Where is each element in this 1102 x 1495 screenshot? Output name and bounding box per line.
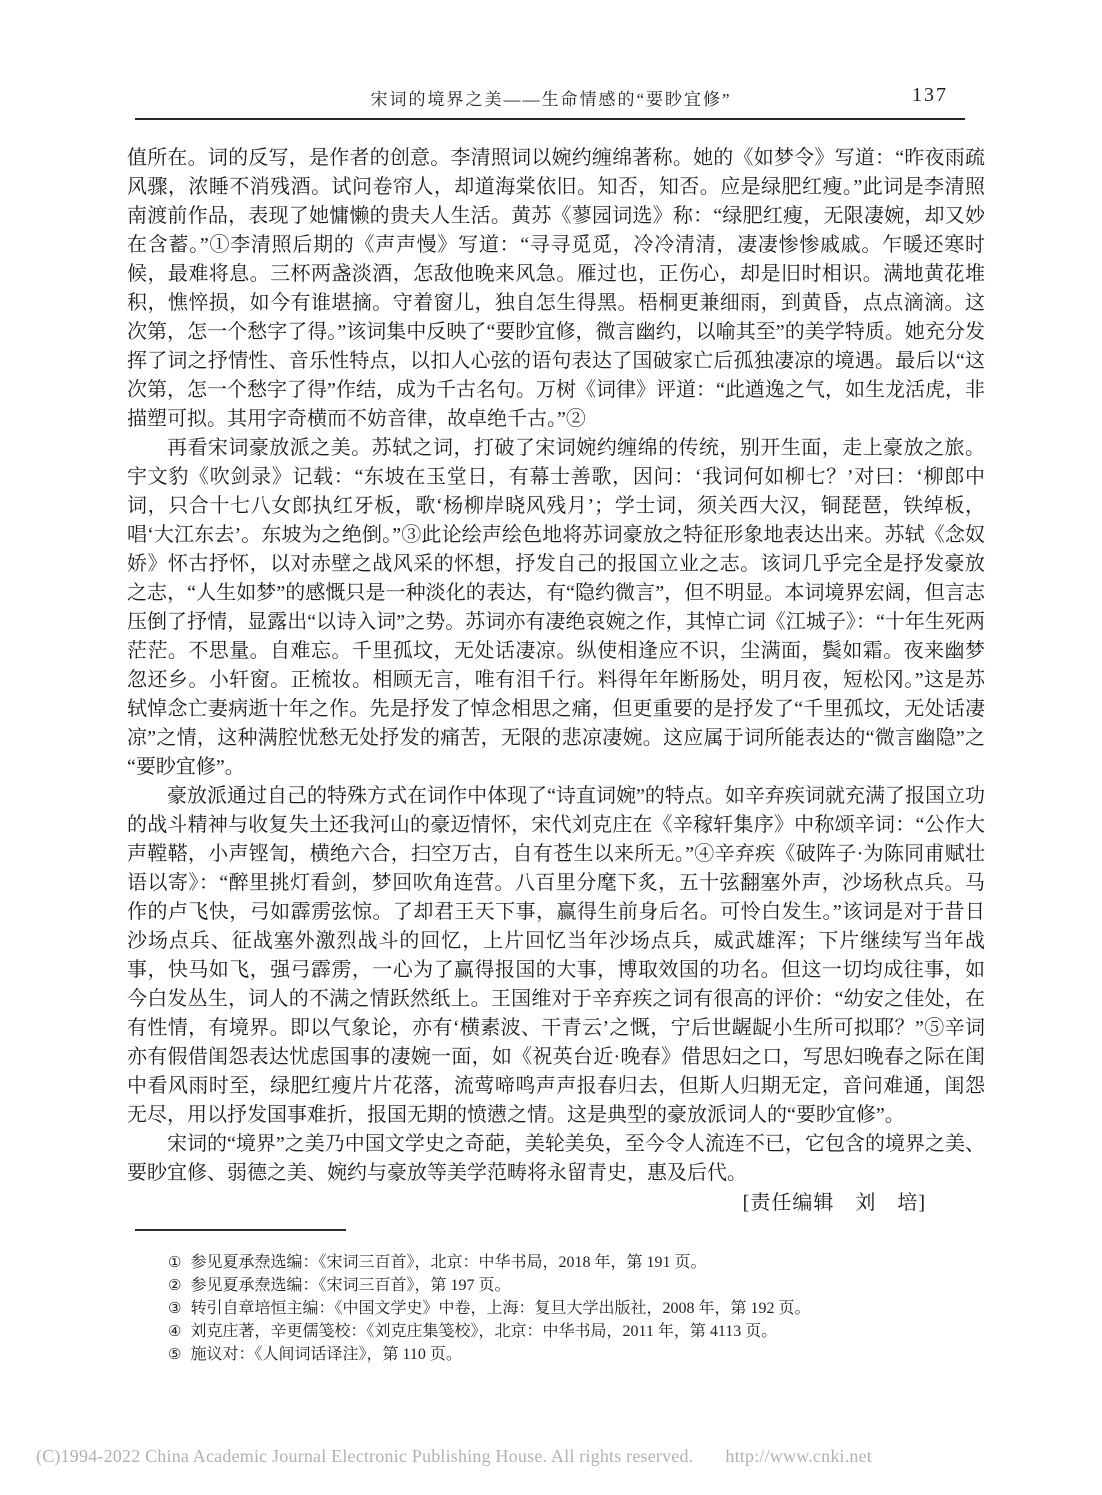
footnote-marker: ④ — [168, 1321, 181, 1344]
footnote-text: 参见夏承焘选编：《宋词三百首》，北京：中华书局，2018 年，第 191 页。 — [190, 1251, 706, 1274]
cnki-url: http://www.cnki.net — [725, 1446, 872, 1466]
footnote-text: 施议对：《人间词话译注》，第 110 页。 — [190, 1343, 461, 1366]
footnote-marker: ③ — [168, 1298, 181, 1321]
footnote-text: 转引自章培恒主编：《中国文学史》中卷，上海：复旦大学出版社，2008 年，第 1… — [190, 1297, 810, 1320]
copyright-text: (C)1994-2022 China Academic Journal Elec… — [36, 1446, 693, 1466]
page-number: 137 — [912, 84, 948, 107]
footnote-item-5: ⑤施议对：《人间词话译注》，第 110 页。 — [127, 1343, 987, 1366]
article-paragraph-4: 宋词的“境界”之美乃中国文学史之奇葩，美轮美奂，至今令人流连不已，它包含的境界之… — [127, 1130, 985, 1188]
footnote-item-4: ④刘克庄著，辛更儒笺校：《刘克庄集笺校》，北京：中华书局，2011 年，第 41… — [127, 1320, 987, 1343]
header-rule — [135, 118, 965, 120]
footnote-item-1: ①参见夏承焘选编：《宋词三百首》，北京：中华书局，2018 年，第 191 页。 — [127, 1251, 987, 1274]
footnote-text: 刘克庄著，辛更儒笺校：《刘克庄集笺校》，北京：中华书局，2011 年，第 411… — [190, 1320, 777, 1343]
footnote-item-3: ③转引自章培恒主编：《中国文学史》中卷，上海：复旦大学出版社，2008 年，第 … — [127, 1297, 987, 1320]
footnote-separator-rule — [135, 1229, 346, 1231]
footnote-marker: ① — [168, 1252, 181, 1275]
footnote-marker: ② — [168, 1275, 181, 1298]
article-paragraph-2: 再看宋词豪放派之美。苏轼之词，打破了宋词婉约缠绵的传统，别开生面，走上豪放之旅。… — [127, 434, 985, 782]
footnote-item-2: ②参见夏承焘选编：《宋词三百首》，第 197 页。 — [127, 1274, 987, 1297]
journal-page: 宋词的境界之美——生命情感的“要眇宜修” 137 值所在。词的反写，是作者的创意… — [0, 0, 1102, 1495]
page-footer: (C)1994-2022 China Academic Journal Elec… — [36, 1446, 872, 1467]
article-paragraph-3: 豪放派通过自己的特殊方式在词作中体现了“诗直词婉”的特点。如辛弃疾词就充满了报国… — [127, 782, 985, 1130]
footnotes-section: ①参见夏承焘选编：《宋词三百首》，北京：中华书局，2018 年，第 191 页。… — [127, 1251, 987, 1366]
article-paragraph-1: 值所在。词的反写，是作者的创意。李清照词以婉约缠绵著称。她的《如梦令》写道：“昨… — [127, 144, 985, 434]
article-body: 值所在。词的反写，是作者的创意。李清照词以婉约缠绵著称。她的《如梦令》写道：“昨… — [127, 144, 985, 1188]
editor-note: [责任编辑 刘 培] — [743, 1186, 926, 1215]
footnote-text: 参见夏承焘选编：《宋词三百首》，第 197 页。 — [190, 1274, 510, 1297]
footnote-marker: ⑤ — [168, 1344, 181, 1367]
